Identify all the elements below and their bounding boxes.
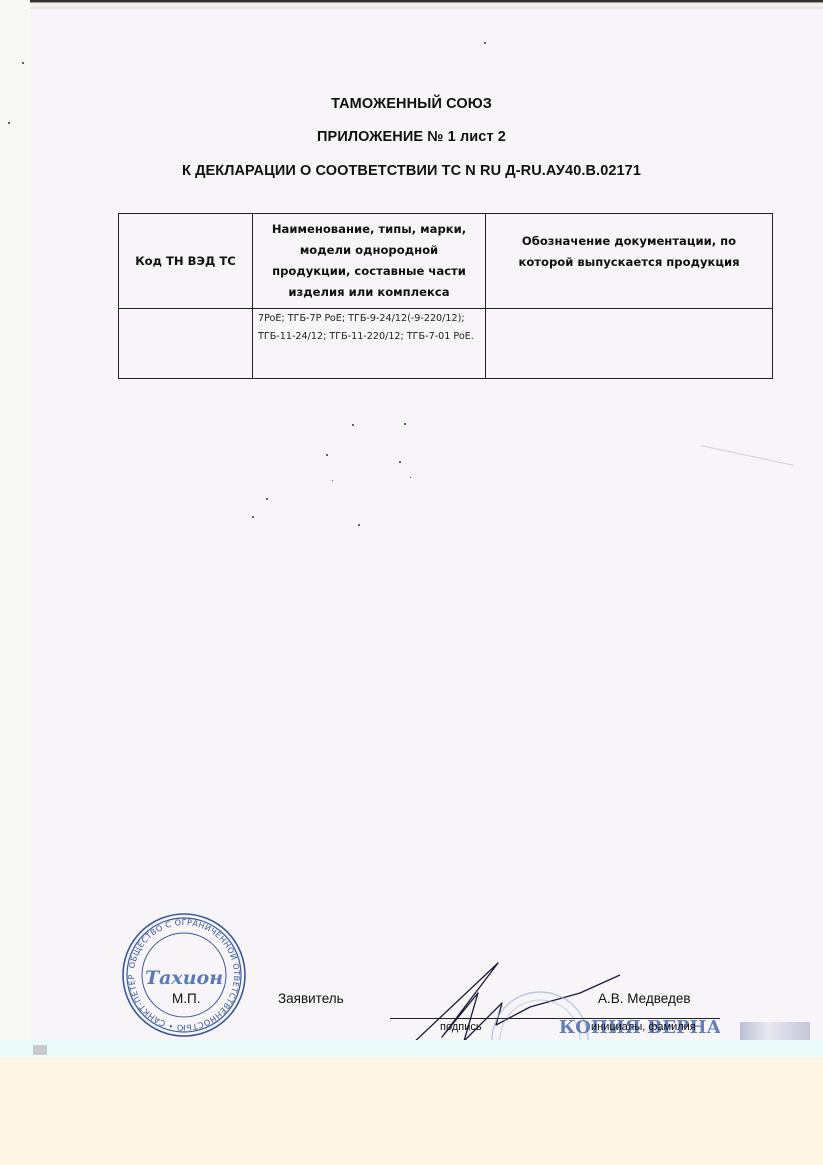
products-table: Код ТН ВЭД ТС Наименование, типы, марки,…: [118, 213, 773, 379]
svg-text:Тахион: Тахион: [145, 967, 223, 989]
redacted-area: [740, 1022, 810, 1040]
cell-code: [119, 309, 253, 379]
scan-left-margin: [0, 0, 30, 1040]
scan-band-cyan: [0, 1040, 823, 1058]
header-documentation: Обозначение документации, по которой вып…: [486, 214, 773, 309]
redacted-mark: [33, 1045, 47, 1055]
stamp-place-label: М.П.: [172, 991, 200, 1006]
name-caption: инициалы, фамилия: [591, 1021, 696, 1033]
signature-caption: подпись: [440, 1021, 482, 1033]
document-title-union: ТАМОЖЕННЫЙ СОЮЗ: [0, 96, 823, 112]
signer-name: А.В. Медведев: [598, 991, 691, 1006]
cell-documentation: [486, 309, 773, 379]
document-title-appendix: ПРИЛОЖЕНИЕ № 1 лист 2: [0, 129, 823, 145]
header-code: Код ТН ВЭД ТС: [119, 214, 253, 309]
scan-band-cream: [0, 1057, 823, 1165]
table-header-row: Код ТН ВЭД ТС Наименование, типы, марки,…: [119, 214, 773, 309]
signature-line: [390, 1018, 720, 1019]
applicant-label: Заявитель: [278, 991, 344, 1006]
header-products: Наименование, типы, марки, модели одноро…: [253, 214, 486, 309]
cell-products: 7PoE; ТГБ-7P PoE; ТГБ-9-24/12(-9-220/12)…: [253, 309, 486, 379]
scan-top-edge: [30, 0, 823, 9]
document-title-declaration: К ДЕКЛАРАЦИИ О СООТВЕТСТВИИ ТС N RU Д-RU…: [0, 163, 823, 179]
table-row: 7PoE; ТГБ-7P PoE; ТГБ-9-24/12(-9-220/12)…: [119, 309, 773, 379]
company-stamp: ОБЩЕСТВО С ОГРАНИЧЕННОЙ ОТВЕТСТВЕННОСТЬЮ…: [121, 912, 247, 1038]
